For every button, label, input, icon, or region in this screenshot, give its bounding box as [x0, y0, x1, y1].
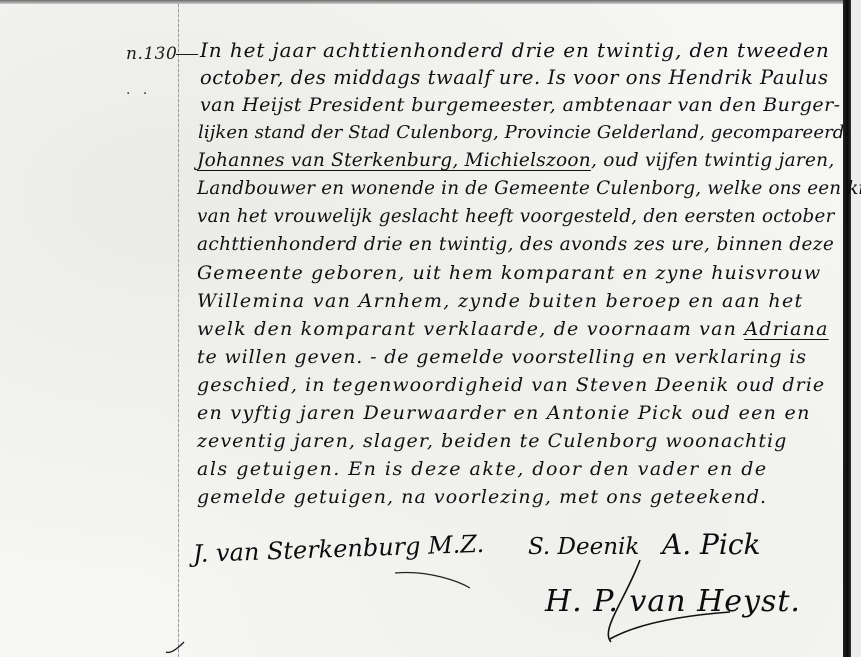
scanned-document-page: n.130 . . In het jaar achttienhonderd dr…: [0, 0, 861, 657]
signature-flourish-strokes: [0, 0, 861, 657]
